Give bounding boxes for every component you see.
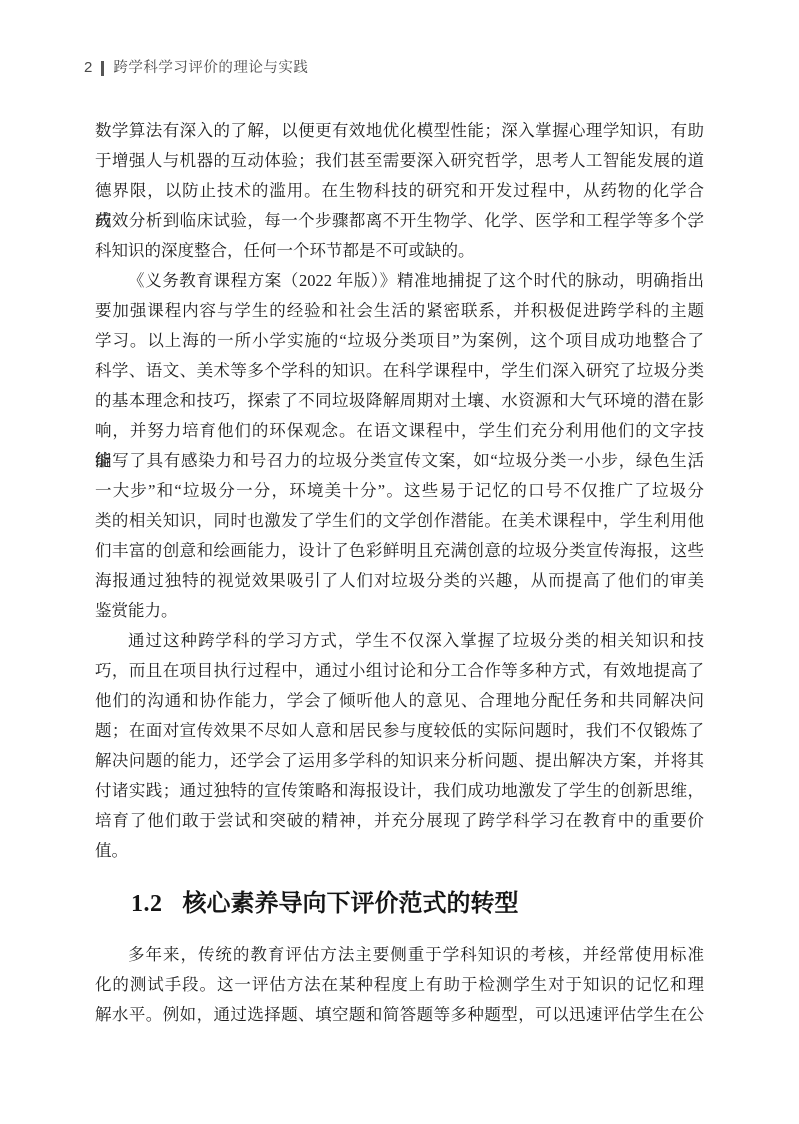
text-line: 德界限，以防止技术的滥用。在生物科技的研究和开发过程中，从药物的化学合成、: [95, 176, 704, 206]
paragraph: 多年来，传统的教育评估方法主要侧重于学科知识的考核，并经常使用标准化的测试手段。…: [95, 940, 704, 1030]
paragraph: 通过这种跨学科的学习方式，学生不仅深入掌握了垃圾分类的相关知识和技巧，而且在项目…: [95, 626, 704, 866]
text-line: 们丰富的创意和绘画能力，设计了色彩鲜明且充满创意的垃圾分类宣传海报，这些: [95, 536, 704, 566]
book-page: 2 跨学科学习评价的理论与实践 数学算法有深入的了解，以便更有效地优化模型性能；…: [0, 0, 799, 1124]
text-line: 题；在面对宣传效果不尽如人意和居民参与度较低的实际问题时，我们不仅锻炼了: [95, 716, 704, 746]
text-line: 响，并努力培育他们的环保观念。在语文课程中，学生们充分利用他们的文字技能，: [95, 416, 704, 446]
text-line: 通过这种跨学科的学习方式，学生不仅深入掌握了垃圾分类的相关知识和技: [95, 626, 704, 656]
text-line: 他们的沟通和协作能力，学会了倾听他人的意见、合理地分配任务和共同解决问: [95, 686, 704, 716]
page-number: 2: [84, 59, 92, 77]
text-line: 要加强课程内容与学生的经验和社会生活的紧密联系，并积极促进跨学科的主题: [95, 296, 704, 326]
page-content: 数学算法有深入的了解，以便更有效地优化模型性能；深入掌握心理学知识，有助于增强人…: [95, 116, 704, 1030]
text-line: 药效分析到临床试验，每一个步骤都离不开生物学、化学、医学和工程学等多个学: [95, 206, 704, 236]
text-line: 多年来，传统的教育评估方法主要侧重于学科知识的考核，并经常使用标准: [95, 940, 704, 970]
section-number: 1.2: [131, 891, 163, 917]
text-line: 学习。以上海的一所小学实施的“垃圾分类项目”为案例，这个项目成功地整合了: [95, 326, 704, 356]
text-line: 鉴赏能力。: [95, 596, 704, 626]
text-line: 类的相关知识，同时也激发了学生们的文学创作潜能。在美术课程中，学生利用他: [95, 506, 704, 536]
text-line: 科知识的深度整合，任何一个环节都是不可或缺的。: [95, 236, 704, 266]
paragraph: 《义务教育课程方案（2022 年版）》精准地捕捉了这个时代的脉动，明确指出要加强…: [95, 266, 704, 626]
text-line: 于增强人与机器的互动体验；我们甚至需要深入研究哲学，思考人工智能发展的道: [95, 146, 704, 176]
text-line: 培育了他们敢于尝试和突破的精神，并充分展现了跨学科学习在教育中的重要价: [95, 806, 704, 836]
running-header: 2 跨学科学习评价的理论与实践: [84, 59, 308, 77]
running-header-title: 跨学科学习评价的理论与实践: [113, 59, 308, 77]
text-line: 的基本理念和技巧，探索了不同垃圾降解周期对土壤、水资源和大气环境的潜在影: [95, 386, 704, 416]
text-line: 数学算法有深入的了解，以便更有效地优化模型性能；深入掌握心理学知识，有助: [95, 116, 704, 146]
paragraph: 数学算法有深入的了解，以便更有效地优化模型性能；深入掌握心理学知识，有助于增强人…: [95, 116, 704, 266]
text-line: 解决问题的能力，还学会了运用多学科的知识来分析问题、提出解决方案，并将其: [95, 746, 704, 776]
text-line: 巧，而且在项目执行过程中，通过小组讨论和分工合作等多种方式，有效地提高了: [95, 656, 704, 686]
text-line: 化的测试手段。这一评估方法在某种程度上有助于检测学生对于知识的记忆和理: [95, 970, 704, 1000]
section-title: 核心素养导向下评价范式的转型: [183, 890, 519, 917]
text-line: 解水平。例如，通过选择题、填空题和简答题等多种题型，可以迅速评估学生在公: [95, 1000, 704, 1030]
text-line: 一大步”和“垃圾分一分，环境美十分”。这些易于记忆的口号不仅推广了垃圾分: [95, 476, 704, 506]
text-line: 付诸实践；通过独特的宣传策略和海报设计，我们成功地激发了学生的创新思维，: [95, 776, 704, 806]
section-heading: 1.2核心素养导向下评价范式的转型: [131, 888, 704, 920]
text-line: 海报通过独特的视觉效果吸引了人们对垃圾分类的兴趣，从而提高了他们的审美: [95, 566, 704, 596]
text-line: 值。: [95, 836, 704, 866]
text-line: 科学、语文、美术等多个学科的知识。在科学课程中，学生们深入研究了垃圾分类: [95, 356, 704, 386]
text-line: 编写了具有感染力和号召力的垃圾分类宣传文案，如“垃圾分类一小步，绿色生活: [95, 446, 704, 476]
header-divider-bar: [101, 61, 104, 76]
text-line: 《义务教育课程方案（2022 年版）》精准地捕捉了这个时代的脉动，明确指出: [95, 266, 704, 296]
